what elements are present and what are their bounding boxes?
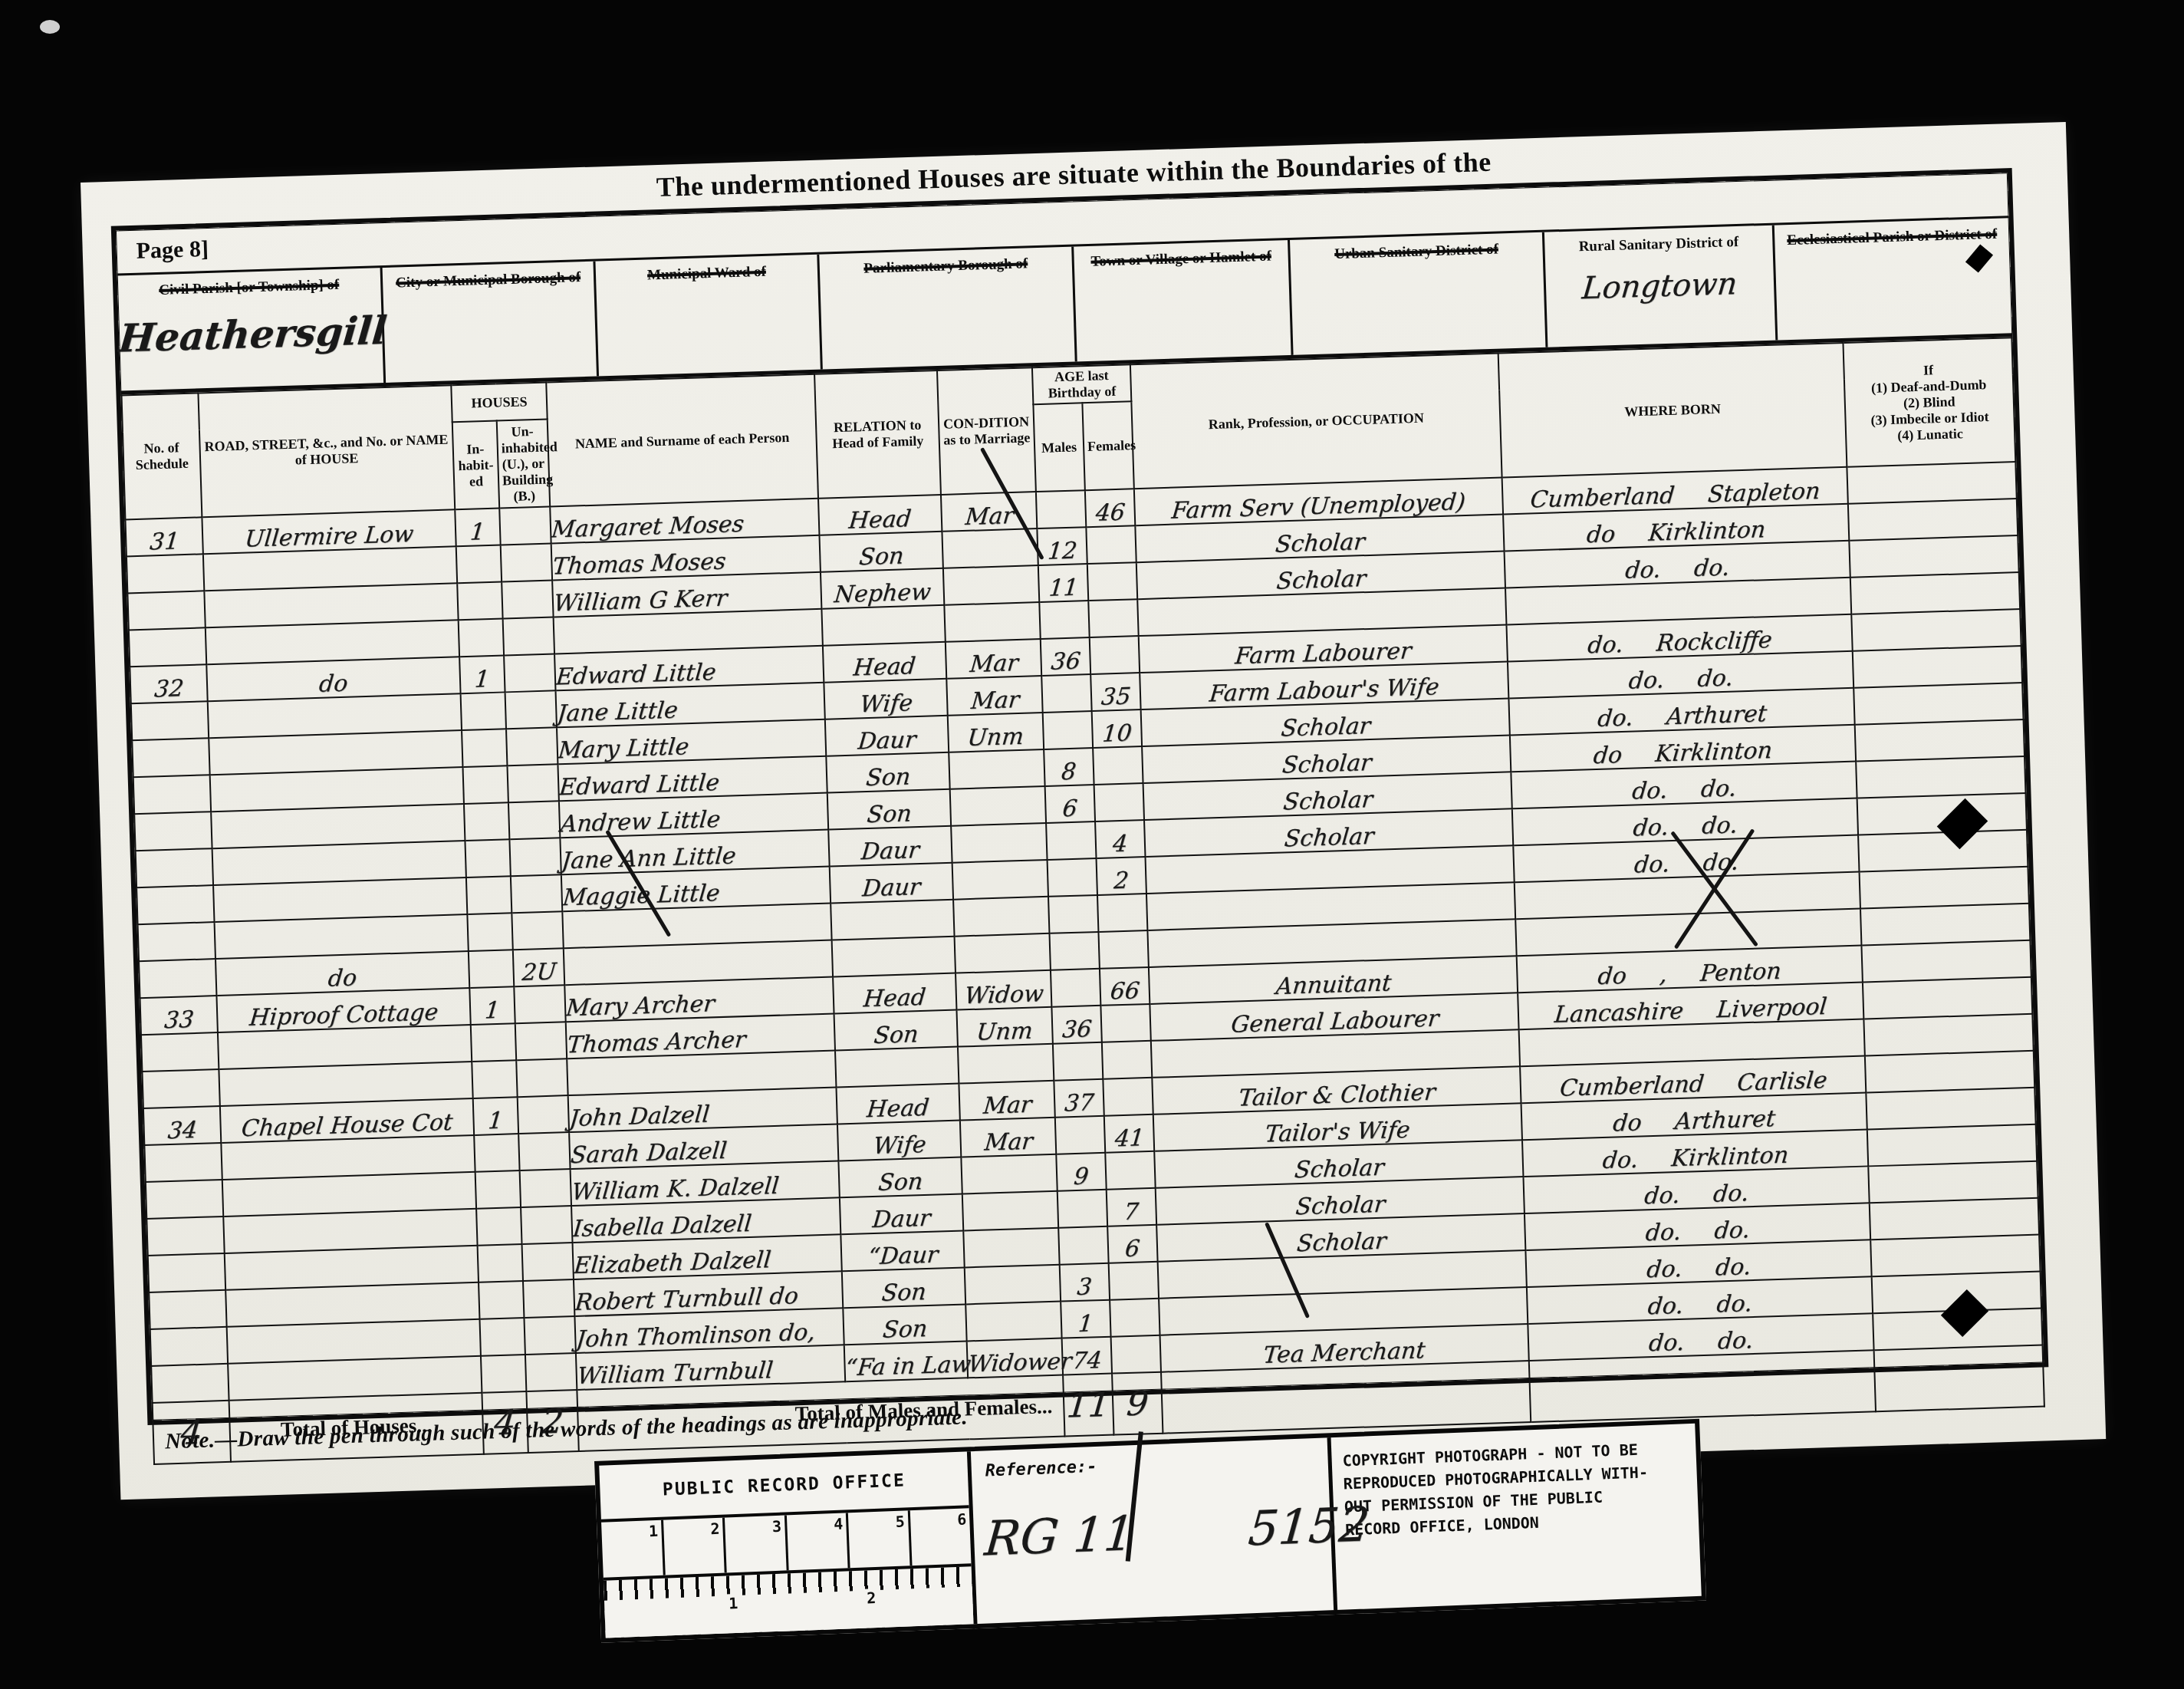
cell-relation	[821, 605, 945, 646]
cell-male	[1057, 1190, 1107, 1228]
cell-schedule	[131, 701, 209, 740]
col-road: ROAD, STREET, &c., and No. or NAME of HO…	[198, 385, 455, 517]
cell-inhabited	[462, 729, 507, 767]
cell-male: 12	[1037, 527, 1087, 565]
cell-infirm	[1868, 1161, 2038, 1203]
census-page: The undermentioned Houses are situate wi…	[81, 122, 2106, 1500]
pro-copyright-panel: COPYRIGHT PHOTOGRAPH - NOT TO BE REPRODU…	[1331, 1424, 1702, 1610]
ruler-cm-cell: 1	[601, 1520, 665, 1578]
cell-inhabited	[478, 1244, 523, 1282]
cell-uninhabited	[523, 1279, 574, 1318]
cell-male: 1	[1061, 1300, 1110, 1338]
ruler-cm-cell: 3	[725, 1515, 788, 1572]
cell-uninhabited	[521, 1206, 572, 1244]
cell-condition	[961, 1154, 1057, 1194]
cell-inhabited	[471, 1023, 516, 1062]
cell-female	[1102, 1041, 1152, 1079]
cell-condition: Mar	[946, 676, 1042, 716]
cell-infirm	[1853, 646, 2022, 688]
cell-relation: Son	[819, 532, 942, 572]
cell-male	[1048, 858, 1097, 897]
col-females: Females	[1082, 401, 1133, 490]
cell-condition: Widower	[967, 1338, 1063, 1378]
total-females: 9	[1125, 1384, 1150, 1424]
cell-relation: Daur	[825, 716, 949, 756]
cell-infirm	[1850, 572, 2020, 614]
col-age: AGE last Birthday of	[1032, 364, 1131, 404]
cell-condition	[958, 1044, 1054, 1084]
cell-relation: Son	[827, 789, 951, 830]
cell-infirm	[1848, 499, 2018, 541]
field-urban-sanitary: Urban Sanitary District of	[1290, 232, 1548, 355]
cell-relation: Head	[833, 973, 956, 1014]
cell-uninhabited	[515, 1022, 567, 1060]
cell-schedule	[134, 812, 212, 851]
cell-schedule: 31	[125, 517, 202, 556]
cell-male	[1049, 932, 1099, 970]
cell-condition	[949, 749, 1044, 789]
cell-inhabited	[466, 876, 511, 914]
cell-schedule	[136, 885, 214, 924]
cell-inhabited	[465, 839, 510, 877]
pro-ruler-panel: PUBLIC RECORD OFFICE 1 2 3 4 5 6 1 2	[599, 1451, 977, 1638]
cell-female	[1087, 562, 1137, 601]
cell-infirm	[1856, 756, 2025, 798]
col-relation: RELATION to Head of Family	[814, 370, 941, 499]
cell-condition: Unm	[948, 713, 1044, 752]
col-males: Males	[1033, 403, 1084, 492]
cell-female: 4	[1095, 820, 1145, 858]
cell-uninhabited	[514, 985, 565, 1023]
cell-male: 11	[1038, 564, 1088, 602]
cell-inhabited	[475, 1170, 521, 1209]
cell-infirm	[1866, 1088, 2035, 1130]
cell-male: 8	[1044, 748, 1094, 786]
cell-female	[1093, 746, 1143, 785]
cell-condition	[963, 1228, 1059, 1268]
cell-female: 35	[1090, 673, 1140, 711]
cell-uninhabited: 2U	[513, 948, 564, 986]
cell-female	[1088, 599, 1138, 637]
census-table: No. of Schedule ROAD, STREET, &c., and N…	[120, 337, 2044, 1465]
cell-female	[1097, 894, 1147, 932]
cell-relation	[835, 1047, 959, 1088]
cell-relation	[831, 900, 954, 940]
census-form-border: Page 8] Civil Parish [or Township] of He…	[111, 168, 2049, 1425]
cell-infirm	[1863, 1014, 2033, 1056]
cell-uninhabited	[508, 801, 560, 839]
cell-schedule: 32	[130, 664, 207, 703]
col-condition: CON-DITION as to Marriage	[937, 367, 1036, 495]
reference-label: Reference:-	[985, 1457, 1097, 1481]
cell-inhabited	[461, 692, 506, 730]
cell-female: 2	[1097, 857, 1146, 895]
cell-uninhabited	[503, 617, 554, 655]
cell-road: Hiproof Cottage	[216, 988, 470, 1032]
cell-male: 36	[1041, 637, 1090, 676]
cell-infirm	[1860, 904, 2030, 946]
col-houses: HOUSES	[451, 383, 547, 423]
cell-condition	[962, 1191, 1058, 1231]
cell-schedule	[139, 959, 216, 998]
field-town-village: Town or Village or Hamlet of	[1074, 240, 1293, 362]
cell-relation: Head	[836, 1084, 959, 1124]
field-urban-sanitary-label: Urban Sanitary District of	[1290, 240, 1543, 265]
cell-uninhabited	[501, 543, 552, 581]
field-parliamentary-borough: Parliamentary Borough of	[819, 246, 1077, 369]
cell-inhabited	[479, 1281, 524, 1319]
field-civil-parish-label: Civil Parish [or Township] of	[117, 275, 381, 300]
cell-uninhabited	[518, 1132, 570, 1170]
field-rural-sanitary: Rural Sanitary District of Longtown	[1544, 226, 1778, 347]
cell-infirm	[1865, 1051, 2034, 1093]
cell-male	[1048, 895, 1098, 933]
cell-condition	[952, 860, 1048, 900]
cell-inhabited	[457, 581, 502, 620]
cell-condition	[943, 565, 1039, 605]
cell-schedule	[148, 1253, 225, 1292]
cell-female	[1086, 525, 1136, 564]
cell-female	[1103, 1078, 1153, 1116]
col-uninhabited: Un-inhabited (U.), or Building (B.)	[497, 420, 550, 509]
field-municipal-borough-label: City or Municipal Borough of	[383, 269, 594, 292]
reference-piece: 5152	[1246, 1496, 1372, 1556]
cell-male	[1046, 821, 1096, 860]
cell-relation: Son	[834, 1010, 958, 1051]
cell-condition	[965, 1265, 1061, 1305]
cell-inhabited	[456, 545, 502, 583]
cell-infirm	[1847, 462, 2016, 504]
field-municipal-ward: Municipal Ward of	[595, 255, 822, 377]
field-ecclesiastical-parish: Ecclesiastical Parish or District of	[1774, 218, 2012, 340]
cell-schedule	[132, 738, 209, 777]
cell-condition	[950, 786, 1046, 826]
field-civil-parish: Civil Parish [or Township] of Heathersgi…	[117, 268, 386, 390]
cell-uninhabited	[507, 764, 558, 802]
cell-road: Chapel House Cot	[220, 1098, 474, 1143]
cell-male	[1055, 1116, 1105, 1154]
cell-inhabited	[463, 765, 508, 804]
cell-infirm	[1863, 977, 2032, 1019]
cell-female	[1109, 1262, 1159, 1300]
ruler-cm-cell: 5	[848, 1510, 912, 1568]
cell-male	[1053, 1042, 1103, 1081]
cell-female	[1110, 1299, 1159, 1337]
cell-relation: Head	[823, 642, 946, 683]
cell-relation: Wife	[837, 1121, 961, 1161]
cell-infirm	[1855, 719, 2024, 762]
cell-infirm	[1858, 830, 2028, 872]
cell-male	[1041, 674, 1091, 713]
field-municipal-ward-label: Municipal Ward of	[596, 262, 818, 286]
cell-uninhabited	[525, 1353, 577, 1391]
cell-female: 41	[1104, 1114, 1154, 1153]
cell-female: 66	[1100, 967, 1150, 1006]
cell-male: 36	[1051, 1006, 1101, 1044]
cell-inhabited	[474, 1134, 519, 1172]
cell-schedule	[146, 1217, 224, 1256]
cell-male: 6	[1045, 785, 1095, 823]
census-photograph: { "doc": { "headline": "The undermention…	[0, 0, 2184, 1689]
cell-schedule	[150, 1327, 228, 1366]
cell-inhabited: 1	[473, 1097, 518, 1135]
cell-male: 3	[1060, 1263, 1110, 1302]
field-parliamentary-borough-label: Parliamentary Borough of	[820, 255, 1073, 279]
cell-uninhabited	[511, 911, 563, 950]
cell-inhabited	[464, 802, 509, 841]
field-rural-sanitary-label: Rural Sanitary District of	[1544, 233, 1773, 257]
col-inhabited: In-habit-ed	[452, 421, 499, 510]
cell-uninhabited	[499, 507, 551, 545]
cell-condition: Mar	[946, 639, 1041, 679]
cell-uninhabited	[505, 690, 557, 729]
col-infirmity: If (1) Deaf-and-Dumb (2) Blind (3) Imbec…	[1843, 337, 2015, 467]
cell-female: 46	[1085, 489, 1135, 527]
cell-infirm	[1870, 1198, 2039, 1240]
cell-uninhabited	[511, 874, 562, 913]
rural-sanitary-value: Longtown	[1580, 266, 1738, 306]
field-town-village-label: Town or Village or Hamlet of	[1074, 248, 1288, 272]
cell-uninhabited	[509, 838, 561, 876]
cell-condition: Widow	[955, 970, 1051, 1010]
cell-infirm	[1870, 1235, 2040, 1277]
cell-female: 10	[1092, 710, 1142, 748]
cell-inhabited	[467, 913, 512, 951]
cell-female	[1105, 1151, 1155, 1190]
cell-relation: Daur	[828, 826, 952, 867]
census-table-wrap: No. of Schedule ROAD, STREET, &c., and N…	[120, 337, 2044, 1465]
col-born: WHERE BORN	[1498, 343, 1847, 478]
cell-relation: Head	[818, 495, 942, 535]
cell-uninhabited	[506, 727, 558, 765]
cell-schedule	[127, 554, 204, 593]
ruler-inch-number: 2	[863, 1589, 880, 1608]
cell-condition	[955, 933, 1051, 973]
cell-inhabited	[481, 1355, 526, 1393]
cell-infirm	[1853, 683, 2023, 725]
cell-infirm	[1849, 535, 2018, 578]
col-occupation: Rank, Profession, or OCCUPATION	[1130, 354, 1502, 489]
cell-male: 37	[1054, 1079, 1104, 1118]
field-municipal-borough: City or Municipal Borough of	[383, 262, 599, 383]
col-schedule: No. of Schedule	[121, 393, 202, 519]
cell-schedule: 34	[143, 1106, 221, 1145]
reference-series: RG 11	[982, 1505, 1136, 1567]
cell-schedule	[129, 627, 206, 667]
cell-relation: Wife	[824, 679, 947, 719]
cell-relation: “Daur	[840, 1230, 964, 1271]
cell-relation: Son	[843, 1304, 966, 1345]
cell-relation: Son	[826, 752, 949, 793]
cell-schedule	[141, 1032, 219, 1072]
cell-schedule	[144, 1143, 222, 1182]
cell-uninhabited	[520, 1169, 571, 1207]
cell-uninhabited	[504, 654, 555, 692]
pro-reference-panel: Reference:- RG 11 5152	[971, 1437, 1337, 1624]
cell-condition	[965, 1302, 1061, 1342]
total-males: 11	[1065, 1384, 1112, 1425]
cell-relation: Daur	[830, 863, 953, 904]
cell-male	[1043, 711, 1093, 749]
cell-male	[1058, 1226, 1108, 1265]
field-ecclesiastical-parish-label: Ecclesiastical Parish or District of	[1774, 226, 2010, 249]
cell-schedule	[127, 591, 205, 630]
cell-inhabited	[476, 1207, 521, 1246]
cell-relation: Daur	[840, 1194, 963, 1235]
cell-female	[1094, 783, 1144, 821]
cell-infirm	[1860, 867, 2029, 909]
cell-schedule	[136, 848, 213, 887]
cell-condition: Mar	[960, 1118, 1056, 1157]
dust-speck	[40, 20, 60, 34]
cell-female	[1098, 930, 1148, 969]
cell-inhabited	[469, 950, 514, 988]
cell-female: 7	[1107, 1188, 1156, 1226]
cell-infirm	[1861, 940, 2031, 983]
col-name: NAME and Surname of each Person	[546, 374, 818, 507]
cell-condition	[944, 602, 1040, 642]
cell-male	[1039, 601, 1089, 639]
cell-female	[1100, 1004, 1150, 1042]
cell-schedule	[149, 1290, 226, 1329]
cell-uninhabited	[516, 1059, 567, 1097]
cell-inhabited	[472, 1060, 517, 1098]
cell-schedule	[142, 1069, 219, 1108]
cell-condition: Mar	[959, 1081, 1054, 1121]
cell-inhabited: 1	[459, 655, 505, 693]
ruler-cm-cell: 4	[786, 1513, 850, 1570]
civil-parish-value: Heathersgill	[117, 308, 389, 361]
cell-male	[1051, 969, 1100, 1007]
cell-male	[1036, 490, 1086, 528]
ruler-cm-cell: 6	[909, 1508, 971, 1566]
cell-female	[1111, 1335, 1161, 1374]
cell-relation: Son	[838, 1157, 962, 1198]
cell-inhabited	[479, 1318, 525, 1356]
cell-relation: Son	[842, 1267, 965, 1308]
cell-condition: Unm	[956, 1007, 1052, 1047]
cell-schedule	[138, 922, 215, 961]
cell-inhabited	[459, 618, 504, 657]
cell-male: 9	[1056, 1153, 1106, 1191]
cell-schedule	[151, 1364, 229, 1403]
ruler-cm-cell: 2	[663, 1518, 727, 1575]
cell-relation: Nephew	[821, 568, 944, 609]
cell-infirm	[1851, 609, 2021, 651]
cell-inhabited: 1	[469, 986, 515, 1025]
cell-infirm	[1867, 1124, 2037, 1167]
page-number: Page 8]	[116, 236, 209, 265]
cell-female	[1090, 636, 1140, 674]
cell-inhabited: 1	[455, 509, 500, 547]
cell-schedule	[146, 1180, 223, 1219]
cell-female: 6	[1107, 1225, 1157, 1263]
cell-uninhabited	[522, 1243, 574, 1281]
cell-condition	[942, 528, 1038, 568]
cell-condition	[953, 897, 1049, 937]
cell-relation	[832, 937, 955, 977]
cell-condition	[951, 823, 1047, 863]
cell-uninhabited	[502, 580, 553, 618]
cell-schedule	[133, 775, 211, 814]
cell-relation: “Fa in Law	[844, 1341, 968, 1381]
cell-schedule: 33	[140, 996, 218, 1035]
ruler-inch-number: 1	[725, 1594, 742, 1613]
cell-uninhabited	[524, 1316, 575, 1355]
cell-uninhabited	[518, 1095, 569, 1134]
